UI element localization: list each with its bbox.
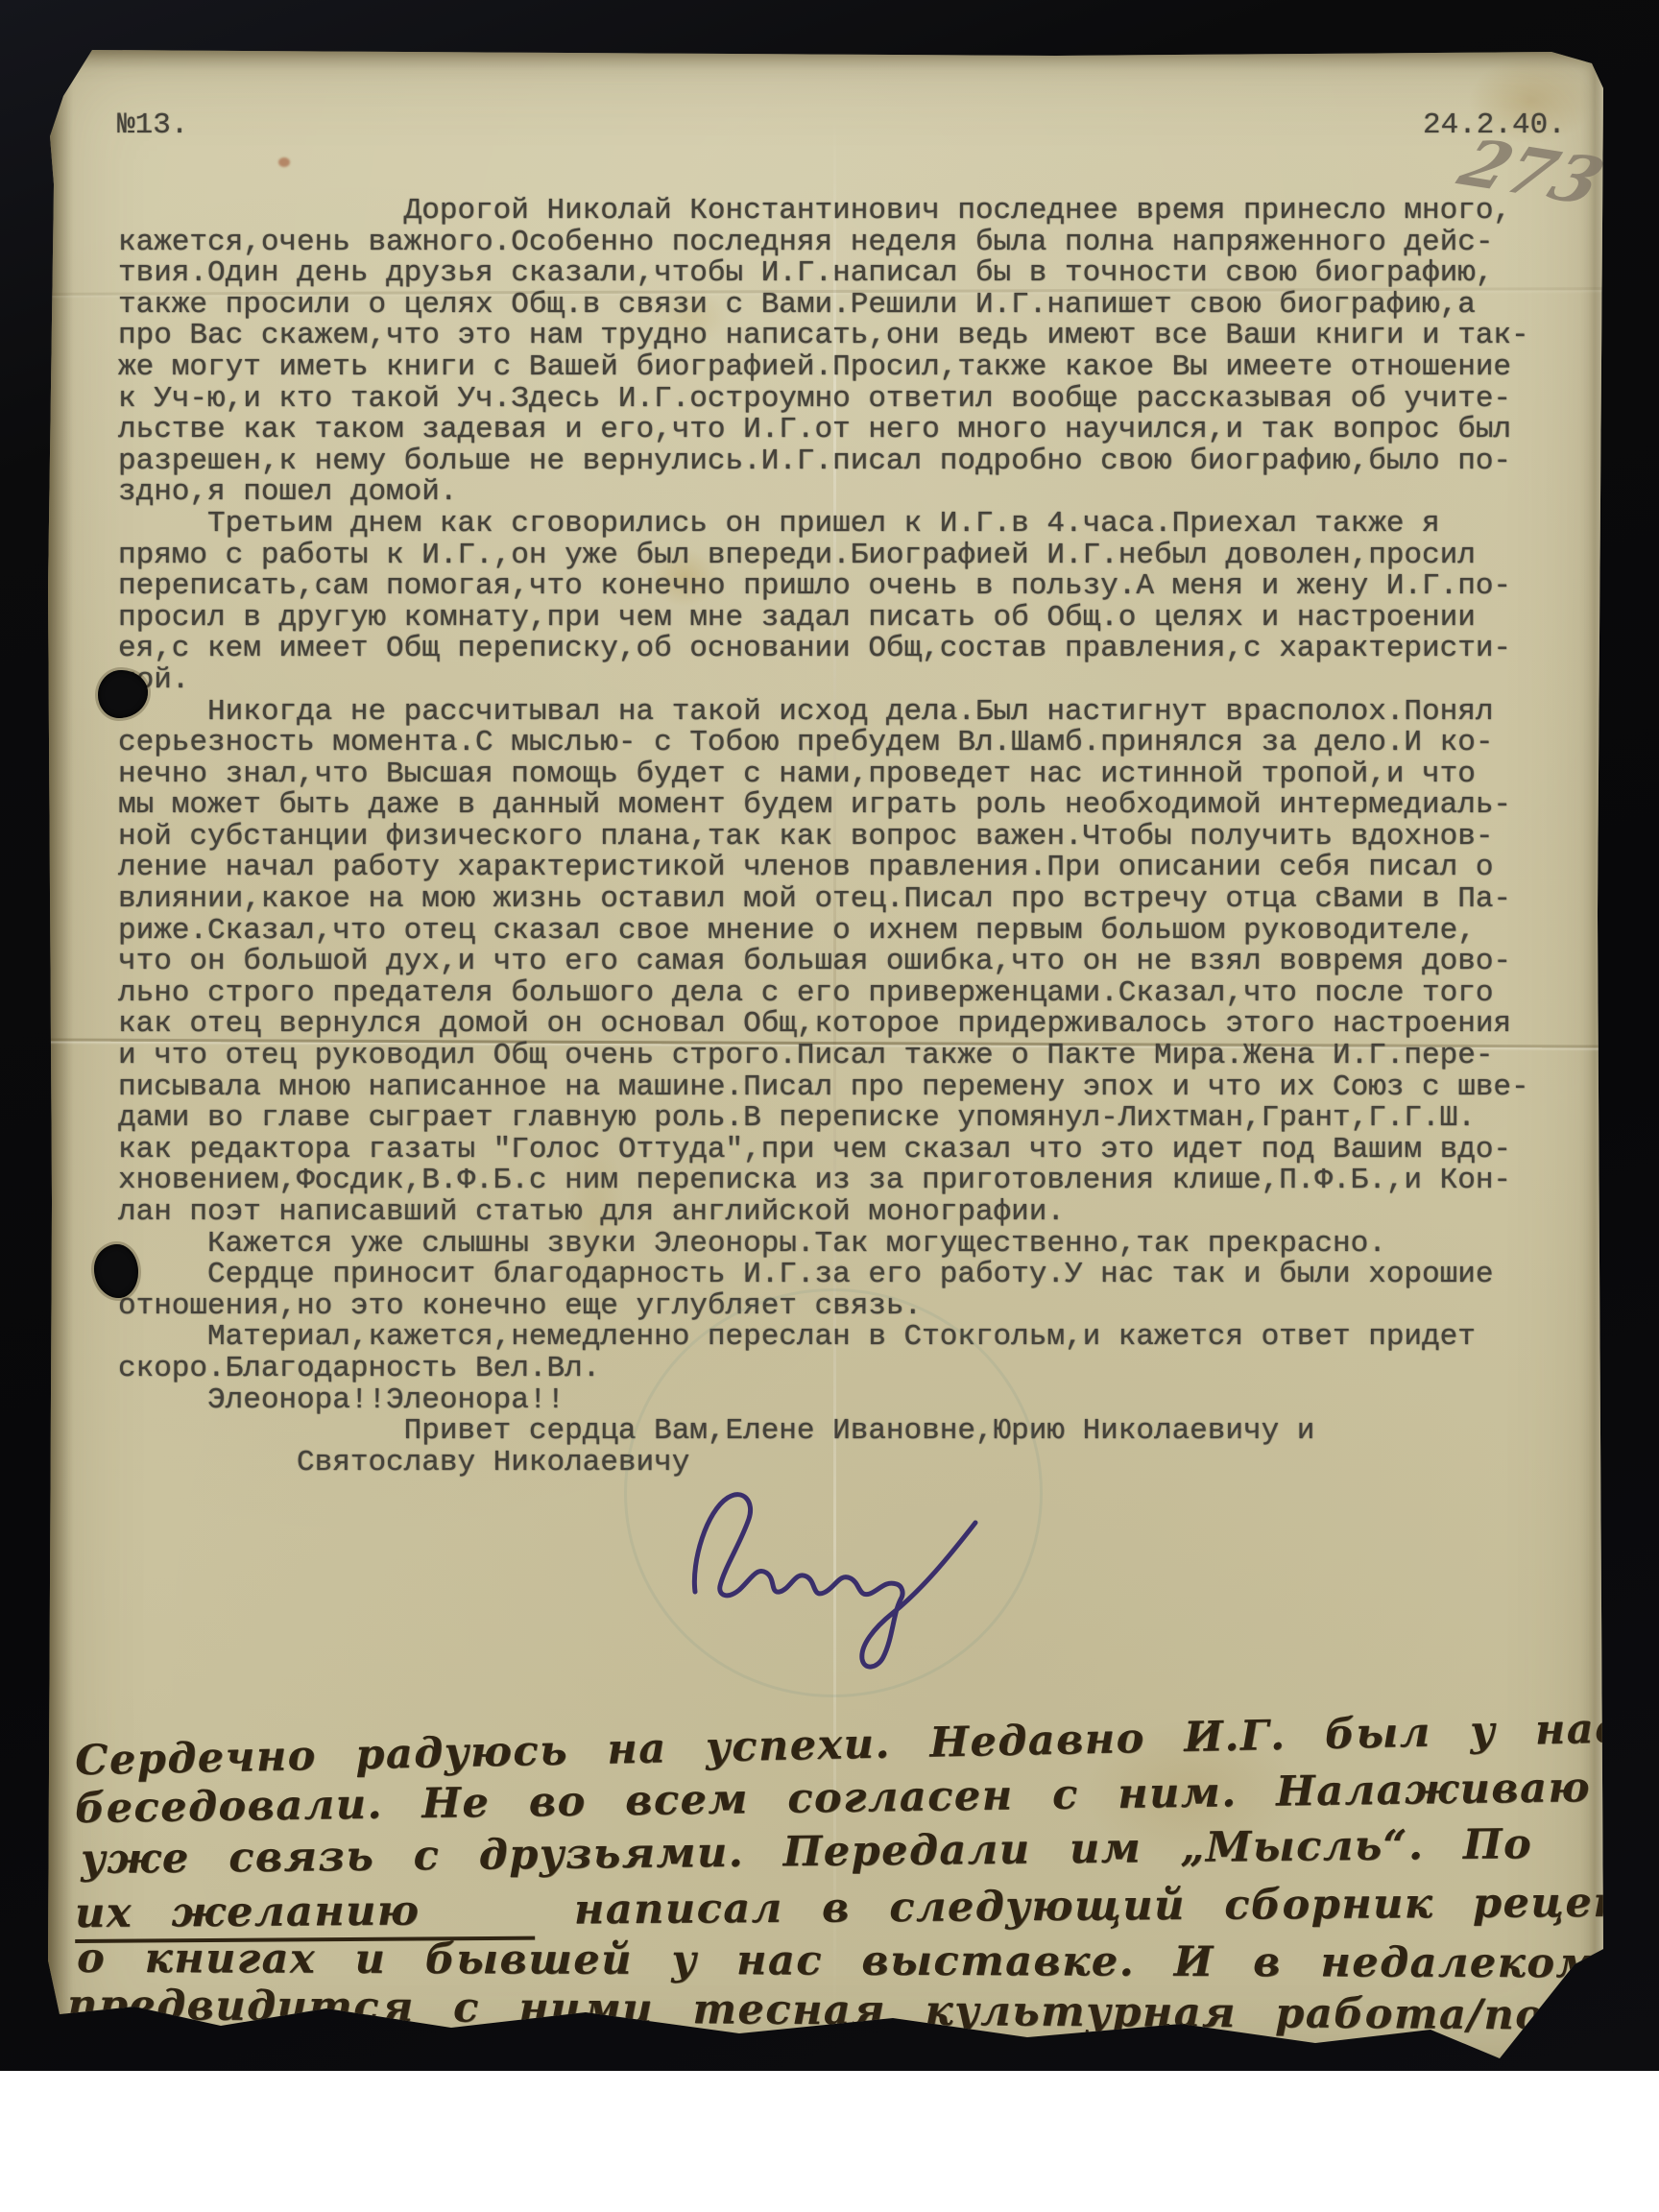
- paper-left-edge-shade: [48, 50, 73, 2071]
- paper-right-edge-highlight: [1595, 50, 1603, 2071]
- scan-background: №13. 24.2.40. 273 Дорогой Николай Конста…: [0, 0, 1659, 2071]
- postscript-line-3: уже связь с друзьями. Передали им „Мысль…: [81, 1820, 1533, 1884]
- hole-punch-bottom: [94, 1244, 138, 1298]
- screenshot-root: №13. 24.2.40. 273 Дорогой Николай Конста…: [0, 0, 1659, 2212]
- postscript-line-4-rest: написал в следующий сборник рецензию: [535, 1878, 1659, 1935]
- paper-bottom-edge-highlight: [48, 2056, 1603, 2071]
- letter-number: №13.: [117, 109, 188, 142]
- signature-flourish: [662, 1469, 1008, 1690]
- stain-red-speck: [278, 157, 290, 167]
- postscript-line-6: предвидится с ними тесная культурная раб…: [67, 1982, 1659, 2042]
- postscript-line-4: их желанию написал в следующий сборник р…: [75, 1878, 1659, 1937]
- postscript-line-7: Сердечный привет Вам и ...: [288, 2020, 1110, 2072]
- white-bottom-margin: [0, 2071, 1659, 2212]
- postscript-line-5: о книгах и бывшей у нас выставке. И в не…: [77, 1935, 1659, 1989]
- paper-sheet: №13. 24.2.40. 273 Дорогой Николай Конста…: [48, 50, 1603, 2071]
- typed-letter-body: Дорогой Николай Константинович последнее…: [118, 196, 1529, 1479]
